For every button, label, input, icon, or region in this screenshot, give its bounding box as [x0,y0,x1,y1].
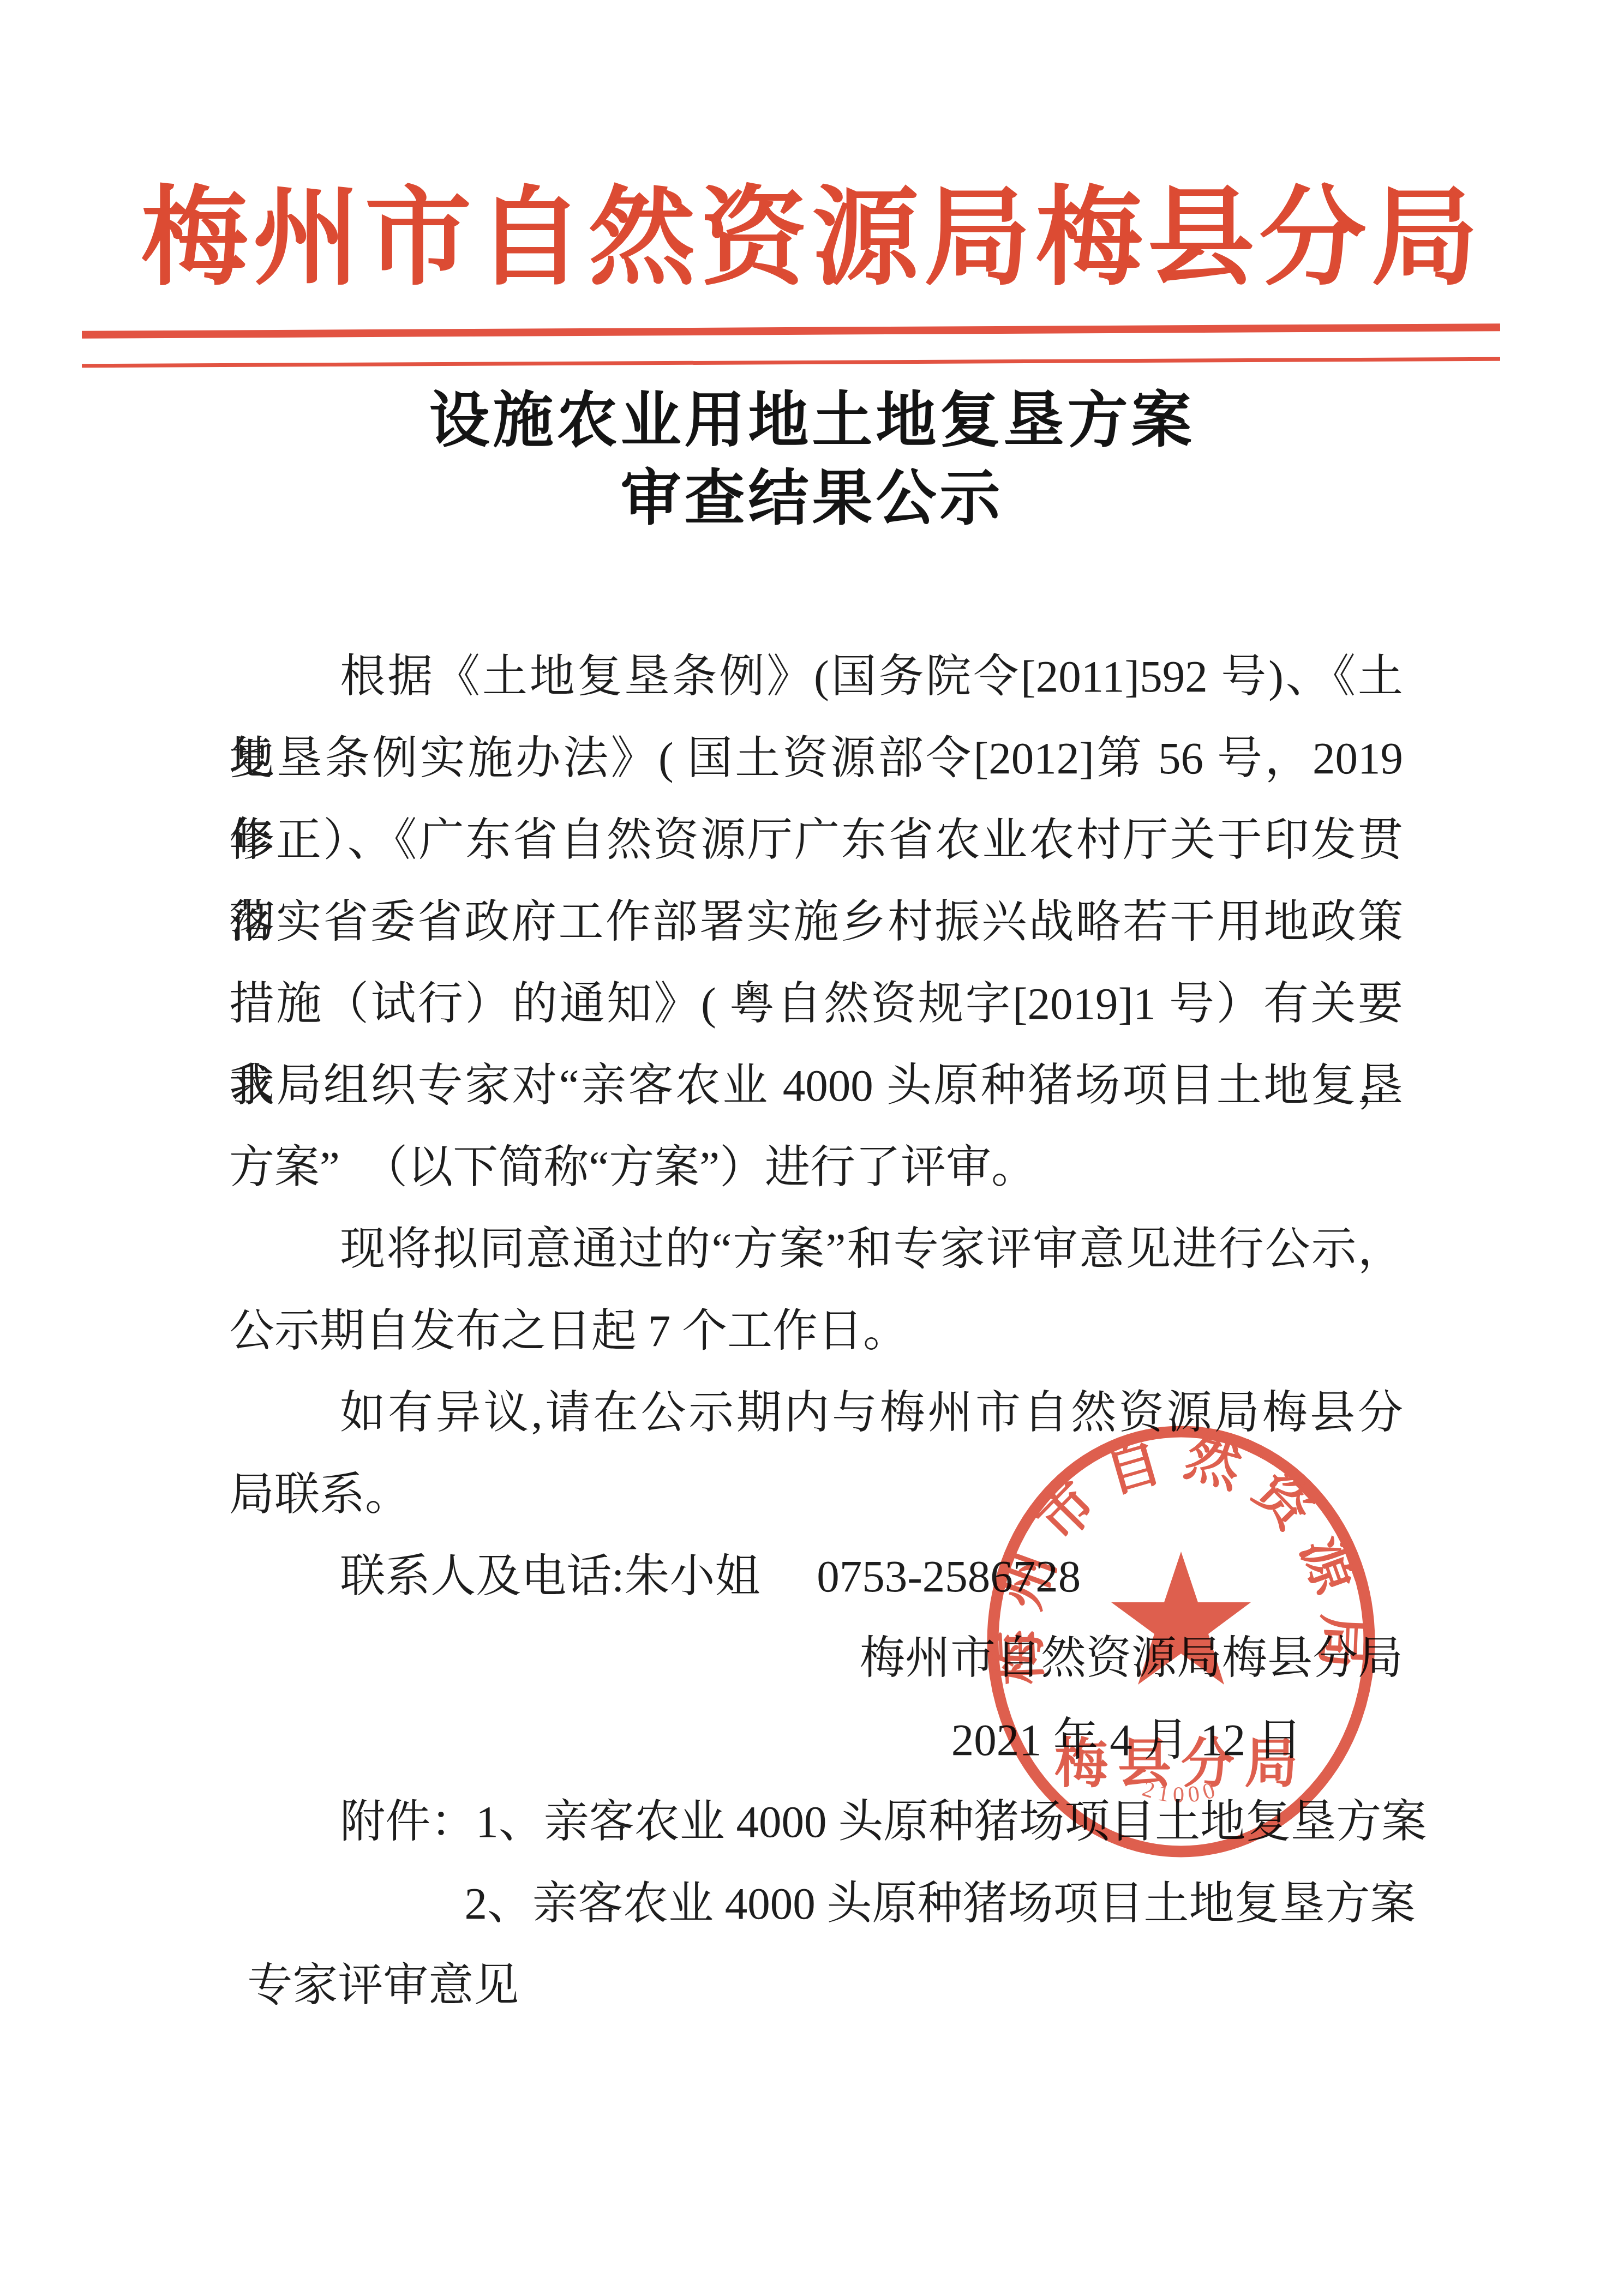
body-line: 根据《土地复垦条例》(国务院令[2011]592 号)、《土地 [229,635,1403,717]
body-line: 我局组织专家对“亲客农业 4000 头原种猪场项目土地复垦 [229,1044,1403,1126]
body-line: 方案” （以下简称“方案”）进行了评审。 [229,1126,1403,1208]
body-line: 落实省委省政府工作部署实施乡村振兴战略若干用地政策 [229,881,1403,963]
body-line: 修正）、《广东省自然资源厅广东省农业农村厅关于印发贯彻 [229,799,1403,881]
body-line: 公示期自发布之日起 7 个工作日。 [229,1290,1403,1372]
letterhead-title: 梅州市自然资源局梅县分局 [0,173,1624,304]
body-line: 专家评审意见 [229,1944,1403,2026]
body-line: 措施（试行）的通知》( 粤自然资规字[2019]1 号）有关要求， [229,963,1403,1044]
letterhead-rule-thick [82,323,1500,339]
doc-title: 设施农业用地土地复垦方案 审查结果公示 [0,382,1624,538]
scanned-notice-page: 梅州市自然资源局梅县分局 设施农业用地土地复垦方案 审查结果公示 根据《土地复垦… [0,0,1624,2296]
letterhead-rule-thin [82,357,1500,368]
doc-title-line1: 设施农业用地土地复垦方案 [0,382,1624,460]
seal-star-icon [1111,1552,1251,1685]
official-seal: 梅州市自然资源局 梅县分局 21000 [974,1415,1394,1884]
body-line: 现将拟同意通过的“方案”和专家评审意见进行公示， [229,1208,1403,1290]
body-line: 复垦条例实施办法》( 国土资源部令[2012]第 56 号，2019 年 [229,717,1403,799]
doc-title-line2: 审查结果公示 [0,460,1624,538]
